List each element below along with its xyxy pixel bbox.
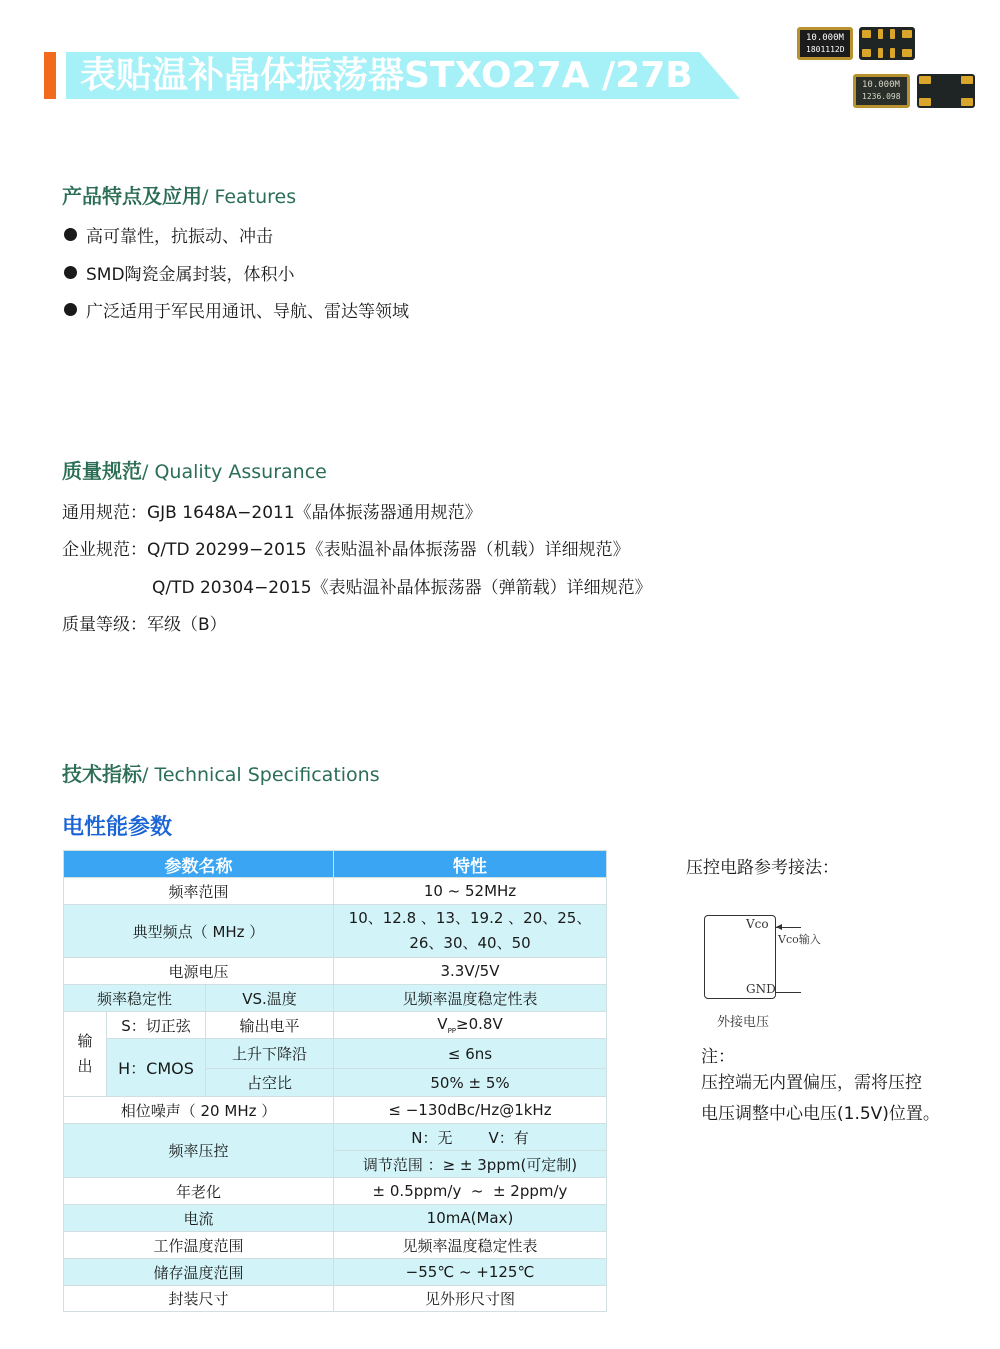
vpp-v: V: [437, 1015, 447, 1033]
value-line: 26、30、40、50: [334, 931, 606, 956]
qa-row-grade: 质量等级：军级（B）: [62, 610, 227, 635]
table-row: 频率压控 N：无V：有: [64, 1124, 607, 1151]
product-image-bottom-2: [917, 74, 975, 108]
features-heading-en: / Features: [202, 186, 296, 208]
product-image-top-2: 10.000M 1236.098: [853, 74, 910, 108]
table-row: 储存温度范围 −55℃ ~ +125℃: [64, 1259, 607, 1286]
bullet-icon: [64, 303, 77, 316]
row-value: 10mA(Max): [334, 1205, 607, 1232]
table-row: 频率稳定性 VS.温度 见频率温度稳定性表: [64, 985, 607, 1012]
output-s-type: S：切正弦: [107, 1012, 206, 1039]
feature-item: 广泛适用于军民用通讯、导航、雷达等领域: [64, 297, 409, 322]
vpp-sub: PP: [448, 1027, 456, 1035]
vco-input-label: Vco输入: [778, 931, 821, 947]
qa-label: 企业规范：: [62, 540, 147, 560]
chip-code: 1236.098: [862, 91, 907, 102]
qa-value: GJB 1648A−2011《晶体振荡器通用规范》: [147, 503, 482, 523]
row-name: 年老化: [64, 1178, 334, 1205]
table-row: 相位噪声（ 20 MHz ） ≤ −130dBc/Hz@1kHz: [64, 1097, 607, 1124]
feature-text: 广泛适用于军民用通讯、导航、雷达等领域: [86, 297, 409, 322]
row-value: 调节范围 ：≥ ± 3ppm(可定制): [334, 1151, 607, 1178]
table-row: 电流 10mA(Max): [64, 1205, 607, 1232]
qa-row-enterprise: 企业规范：Q/TD 20299−2015《表贴温补晶体振荡器（机载）详细规范》: [62, 535, 630, 560]
tech-heading-en: / Technical Specifications: [142, 764, 380, 786]
vc-n: N：无: [411, 1129, 452, 1147]
row-name: 电源电压: [64, 958, 334, 985]
row-value: 见频率温度稳定性表: [334, 985, 607, 1012]
row-name: 频率稳定性: [64, 985, 206, 1012]
qa-value: 军级（B）: [147, 615, 227, 635]
feature-item: SMD陶瓷金属封装，体积小: [64, 260, 295, 285]
header-characteristic: 特性: [334, 851, 607, 878]
page-title: 表贴温补晶体振荡器STXO27A /27B: [80, 52, 693, 99]
chip-code: 1801112D: [806, 44, 850, 55]
row-name: 储存温度范围: [64, 1259, 334, 1286]
gnd-wire: [776, 992, 801, 993]
row-name: 相位噪声（ 20 MHz ）: [64, 1097, 334, 1124]
circuit-title: 压控电路参考接法：: [686, 853, 839, 878]
table-row: H：CMOS 上升下降沿 ≤ 6ns: [64, 1039, 607, 1069]
product-image-bottom-1: [859, 27, 915, 60]
table-header-row: 参数名称 特性: [64, 851, 607, 878]
feature-text: 高可靠性，抗振动、冲击: [86, 222, 273, 247]
output-h-rise: 上升下降沿: [206, 1039, 334, 1069]
title-accent-bar: [44, 52, 56, 99]
output-h-rise-value: ≤ 6ns: [334, 1039, 607, 1069]
table-row: 工作温度范围 见频率温度稳定性表: [64, 1232, 607, 1259]
row-value: ± 0.5ppm/y ~ ± 2ppm/y: [334, 1178, 607, 1205]
row-name: 频率压控: [64, 1124, 334, 1178]
row-value: 3.3V/5V: [334, 958, 607, 985]
row-value: 见频率温度稳定性表: [334, 1232, 607, 1259]
row-name: 电流: [64, 1205, 334, 1232]
product-image-top-1: 10.000M 1801112D: [797, 27, 853, 60]
tech-heading: 技术指标/ Technical Specifications: [62, 758, 380, 787]
spec-table: 参数名称 特性 频率范围 10 ~ 52MHz 典型频点（ MHz ） 10、1…: [63, 850, 607, 1312]
row-name: 工作温度范围: [64, 1232, 334, 1259]
electrical-params-heading: 电性能参数: [62, 810, 172, 841]
output-label: 输出: [77, 1029, 93, 1079]
quality-heading: 质量规范/ Quality Assurance: [62, 455, 327, 484]
qa-value: Q/TD 20304−2015《表贴温补晶体振荡器（弹箭载）详细规范》: [152, 578, 652, 598]
qa-row-enterprise-2: Q/TD 20304−2015《表贴温补晶体振荡器（弹箭载）详细规范》: [152, 573, 652, 598]
pin-vco-label: Vco: [746, 917, 769, 931]
output-h-type: H：CMOS: [107, 1039, 206, 1097]
tech-heading-cn: 技术指标: [62, 762, 142, 786]
row-value: 10、12.8 、13、19.2 、20、25、 26、30、40、50: [334, 905, 607, 958]
features-heading: 产品特点及应用/ Features: [62, 180, 296, 209]
qa-label: 质量等级：: [62, 615, 147, 635]
table-row: 频率范围 10 ~ 52MHz: [64, 878, 607, 905]
row-value: N：无V：有: [334, 1124, 607, 1151]
row-name: 典型频点（ MHz ）: [64, 905, 334, 958]
table-row: 输出 S：切正弦 输出电平 VPP≥0.8V: [64, 1012, 607, 1039]
header-param-name: 参数名称: [64, 851, 334, 878]
bullet-icon: [64, 228, 77, 241]
table-row: 电源电压 3.3V/5V: [64, 958, 607, 985]
vpp-value: ≥0.8V: [456, 1015, 503, 1033]
output-h-duty: 占空比: [206, 1069, 334, 1097]
row-value: 10 ~ 52MHz: [334, 878, 607, 905]
row-name: 封装尺寸: [64, 1286, 334, 1312]
arrow-left-icon: [776, 924, 782, 930]
pin-gnd-label: GND: [746, 982, 776, 996]
table-row: 典型频点（ MHz ） 10、12.8 、13、19.2 、20、25、 26、…: [64, 905, 607, 958]
value-line: 10、12.8 、13、19.2 、20、25、: [334, 906, 606, 931]
qa-row-general: 通用规范：GJB 1648A−2011《晶体振荡器通用规范》: [62, 498, 482, 523]
qa-value: Q/TD 20299−2015《表贴温补晶体振荡器（机载）详细规范》: [147, 540, 630, 560]
output-group-label: 输出: [64, 1012, 107, 1097]
row-value: ≤ −130dBc/Hz@1kHz: [334, 1097, 607, 1124]
note-title: 注：: [701, 1042, 735, 1067]
row-value: −55℃ ~ +125℃: [334, 1259, 607, 1286]
circuit-caption: 外接电压: [717, 1011, 769, 1030]
table-row: 封装尺寸 见外形尺寸图: [64, 1286, 607, 1312]
table-row: 年老化 ± 0.5ppm/y ~ ± 2ppm/y: [64, 1178, 607, 1205]
vc-v: V：有: [488, 1129, 528, 1147]
note-line-2: 电压调整中心电压(1.5V)位置。: [701, 1099, 940, 1124]
bullet-icon: [64, 266, 77, 279]
chip-label: 10.000M: [862, 80, 907, 91]
output-s-param: 输出电平: [206, 1012, 334, 1039]
quality-heading-cn: 质量规范: [62, 459, 142, 483]
feature-item: 高可靠性，抗振动、冲击: [64, 222, 273, 247]
chip-label: 10.000M: [806, 33, 850, 44]
row-name: 频率范围: [64, 878, 334, 905]
output-h-duty-value: 50% ± 5%: [334, 1069, 607, 1097]
row-value: 见外形尺寸图: [334, 1286, 607, 1312]
qa-label: 通用规范：: [62, 503, 147, 523]
row-subname: VS.温度: [206, 985, 334, 1012]
features-heading-cn: 产品特点及应用: [62, 184, 202, 208]
quality-heading-en: / Quality Assurance: [142, 461, 327, 483]
feature-text: SMD陶瓷金属封装，体积小: [86, 260, 295, 285]
note-line-1: 压控端无内置偏压，需将压控: [701, 1068, 922, 1093]
output-s-value: VPP≥0.8V: [334, 1012, 607, 1039]
